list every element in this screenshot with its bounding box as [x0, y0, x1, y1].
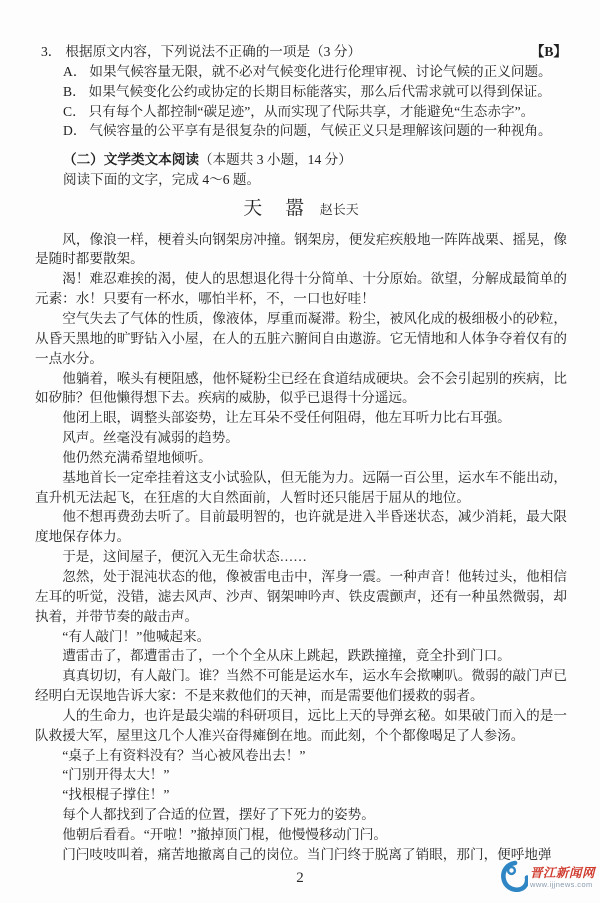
paragraph: 每个人都找到了合适的位置，摆好了下死力的姿势。 [35, 805, 567, 825]
paragraph: 他仍然充满希望地倾听。 [35, 448, 567, 468]
option-c-text: 只有每个人都控制“碳足迹”，从而实现了代际共享，才能避免“生态赤字”。 [89, 102, 535, 122]
section-heading: （二）文学类文本阅读（本题共 3 小题，14 分） [35, 150, 567, 170]
site-watermark-logo: 晋江新闻网 www.ijjnews.com [498, 858, 594, 897]
swirl-logo-icon [498, 858, 528, 897]
paragraph: 空气失去了气体的性质，像液体，厚重而凝滞。粉尘，被风化成的极细极小的砂粒，从昏天… [35, 309, 567, 369]
article-title: 天 嚣 [243, 198, 306, 219]
option-a: A． 如果气候容量无限，就不必对气候变化进行伦理审视、讨论气候的正义问题。 [35, 62, 567, 82]
paragraph: “有人敲门！”他喊起来。 [35, 627, 567, 647]
section-heading-note: （本题共 3 小题，14 分） [199, 152, 352, 167]
option-b: B． 如果气候变化公约或协定的长期目标能落实，那么后代需求就可以得到保证。 [35, 82, 567, 102]
paragraph: “找根棍子撑住！” [35, 785, 567, 805]
option-b-text: 如果气候变化公约或协定的长期目标能落实，那么后代需求就可以得到保证。 [89, 82, 551, 102]
document-content: 3． 根据原文内容，下列说法不正确的一项是（3 分） 【B】 A． 如果气候容量… [35, 42, 567, 865]
paragraph: 人的生命力，也许是最尖端的科研项目，远比上天的导弹玄秘。如果破门而入的是一队救援… [35, 706, 567, 746]
option-a-text: 如果气候容量无限，就不必对气候变化进行伦理审视、讨论气候的正义问题。 [89, 62, 551, 82]
paragraph: 遭雷击了，都遭雷击了，一个个全从床上跳起，跌跌撞撞，竟全扑到门口。 [35, 646, 567, 666]
paragraph: “桌子上有资料没有？当心被风卷出去！” [35, 746, 567, 766]
article-body: 风，像浪一样，梗着头向钢架房冲撞。钢架房，便发疟疾般地一阵阵战栗、摇晃，像是随时… [35, 230, 567, 865]
answer-marker: 【B】 [531, 42, 567, 62]
option-a-label: A． [63, 62, 86, 82]
scanned-exam-page: { "question3": { "number": "3．", "stem":… [0, 0, 600, 903]
question-stem: 根据原文内容，下列说法不正确的一项是（3 分） [65, 42, 361, 62]
option-c-label: C． [63, 102, 86, 122]
reading-instruction: 阅读下面的文字，完成 4～6 题。 [35, 170, 567, 190]
paragraph: 风，像浪一样，梗着头向钢架房冲撞。钢架房，便发疟疾般地一阵阵战栗、摇晃，像是随时… [35, 230, 567, 270]
option-b-label: B． [63, 82, 86, 102]
logo-site-url: www.ijjnews.com [530, 881, 595, 889]
logo-site-name: 晋江新闻网 [530, 867, 595, 880]
article-author: 赵长天 [320, 202, 359, 217]
paragraph: 他不想再费劲去听了。目前最明智的，也许就是进入半昏迷状态，减少消耗，最大限度地保… [35, 507, 567, 547]
paragraph: 忽然，处于混沌状态的他，像被雷电击中，浑身一震。一种声音！他转过头，他相信左耳的… [35, 567, 567, 627]
paragraph: 于是，这间屋子，便沉入无生命状态…… [35, 547, 567, 567]
question-3-line: 3． 根据原文内容，下列说法不正确的一项是（3 分） 【B】 [35, 42, 567, 62]
paragraph: 渴！难忍难挨的渴，使人的思想退化得十分简单、十分原始。欲望，分解成最简单的元素：… [35, 269, 567, 309]
paragraph: “门别开得太大！” [35, 765, 567, 785]
paragraph: 门闩吱吱叫着，痛苦地撤离自己的岗位。当门闩终于脱离了销眼，那门，便呼地弹 [35, 845, 567, 865]
paragraph: 风声。丝毫没有减弱的趋势。 [35, 428, 567, 448]
option-d-text: 气候容量的公平享有是很复杂的问题，气候正义只是理解该问题的一种视角。 [89, 121, 551, 141]
logo-text-block: 晋江新闻网 www.ijjnews.com [530, 867, 595, 889]
option-d: D． 气候容量的公平享有是很复杂的问题，气候正义只是理解该问题的一种视角。 [35, 121, 567, 141]
paragraph: 真真切切，有人敲门。谁？当然不可能是运水车，运水车会揿喇叭。微弱的敲门声已经明白… [35, 666, 567, 706]
question-number: 3． [41, 42, 61, 62]
paragraph: 他躺着，喉头有梗阻感，他怀疑粉尘已经在食道结成硬块。会不会引起别的疾病，比如矽肺… [35, 369, 567, 409]
section-heading-title: （二）文学类文本阅读 [63, 152, 199, 167]
option-d-label: D． [63, 121, 86, 141]
paragraph: 他朝后看看。“开啦！”撤掉顶门棍，他慢慢移动门闩。 [35, 825, 567, 845]
paragraph: 他闭上眼，调整头部姿势，让左耳朵不受任何阻碍，他左耳听力比右耳强。 [35, 408, 567, 428]
option-c: C． 只有每个人都控制“碳足迹”，从而实现了代际共享，才能避免“生态赤字”。 [35, 102, 567, 122]
paragraph: 基地首长一定牵挂着这支小试验队，但无能为力。远隔一百公里，运水车不能出动，直升机… [35, 468, 567, 508]
article-title-line: 天 嚣 赵长天 [35, 195, 567, 223]
